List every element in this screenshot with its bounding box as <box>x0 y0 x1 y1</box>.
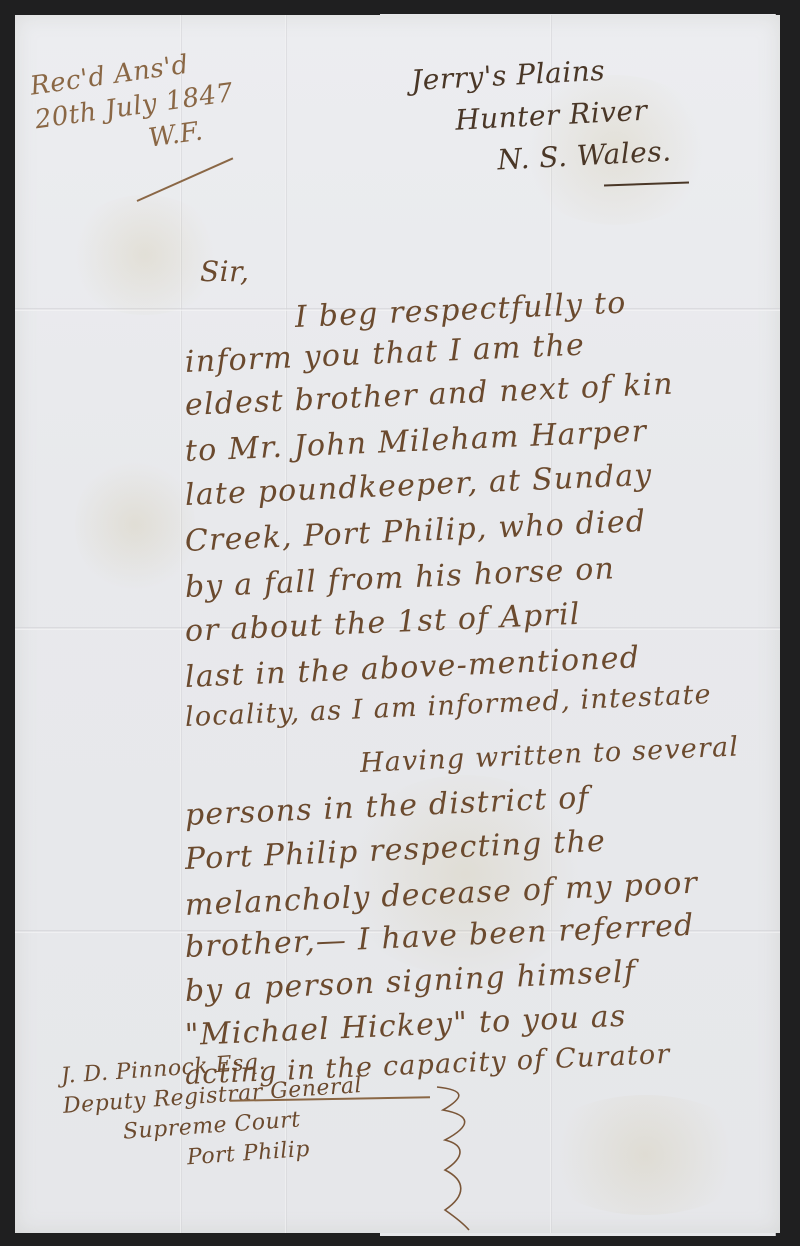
paper-stain <box>535 1095 755 1215</box>
paper-stain <box>75 455 195 595</box>
vertical-fold-line <box>180 15 182 1233</box>
scan-frame: Rec'd Ans'd 20th July 1847 W.F. Jerry's … <box>0 0 800 1246</box>
addressee-block: J. D. Pinnock Esq. Deputy Registrar Gene… <box>60 1041 367 1182</box>
salutation: Sir, <box>200 255 249 288</box>
sender-address: Jerry's Plains Hunter River N. S. Wales. <box>410 47 673 186</box>
brace-flourish-icon <box>435 1085 475 1235</box>
